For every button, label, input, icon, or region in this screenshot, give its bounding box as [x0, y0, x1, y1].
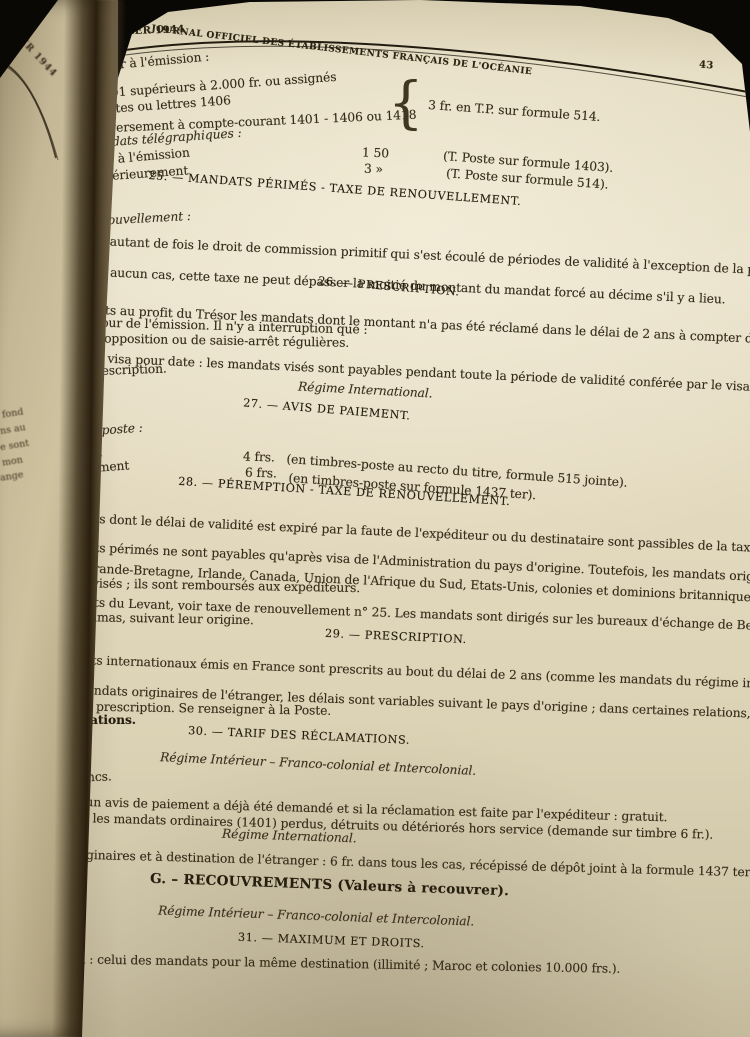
tariff-brace-note: 3 fr. en T.P. sur formule 514.	[428, 98, 601, 124]
facing-text-fragment: e sont	[0, 438, 30, 453]
section-30-title: 30. — TARIF DES RÉCLAMATIONS.	[188, 724, 411, 747]
paragraph-line: 1°) Maximum : celui des mandats pour la …	[2, 951, 621, 976]
facing-text-fragment: fond	[1, 406, 24, 420]
tariff-price: 1 50	[362, 146, 389, 161]
photo-backdrop: ANVIER 1944 fond ns au e sont mon ange 1…	[0, 0, 750, 1037]
brace-glyph: {	[388, 76, 424, 132]
regime-heading: Régime Intérieur – Franco-colonial et In…	[160, 750, 477, 778]
paragraph-line: Mandats originaires et à destination de …	[12, 846, 750, 879]
section-31-title: 31. — MAXIMUM ET DROITS.	[238, 931, 425, 951]
tariff-price: 3 »	[364, 162, 383, 177]
section-27-title: 27. — AVIS DE PAIEMENT.	[243, 396, 411, 422]
facing-text-fragment: ns au	[0, 422, 26, 437]
facing-text-fragment: mon	[1, 454, 23, 468]
regime-heading: Régime International.	[298, 379, 433, 400]
regime-heading: Régime Intérieur – Franco-colonial et In…	[158, 903, 475, 928]
section-g-title: G. – RECOUVREMENTS (Valeurs à recouvrer)…	[150, 871, 510, 900]
journal-page-photo: { "photo": { "facing_page_date": "ANVIER…	[0, 0, 750, 1037]
section-29-title: 29. — PRESCRIPTION.	[325, 627, 467, 646]
facing-text-fragment: ange	[0, 469, 24, 484]
header-page-number: 43	[699, 60, 714, 72]
photo-corner-shadow	[0, 0, 70, 85]
row-price: 4 frs.	[243, 449, 275, 464]
